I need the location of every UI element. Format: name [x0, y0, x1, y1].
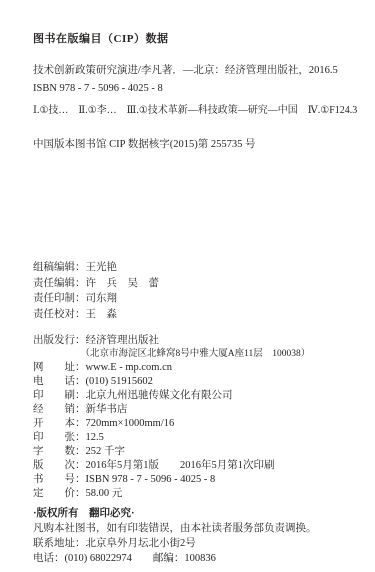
cip-block: 技术创新政策研究演进/李凡著．—北京：经济管理出版社，2016.5 ISBN 9…: [33, 62, 349, 98]
isbn-line: ISBN 978 - 7 - 5096 - 4025 - 8: [33, 80, 349, 98]
colophon-label: 网 址：: [33, 362, 86, 373]
book-title-line: 技术创新政策研究演进/李凡著．—北京：经济管理出版社，2016.5: [33, 62, 349, 80]
copyright-page: 图书在版编目（CIP）数据 技术创新政策研究演进/李凡著．—北京：经济管理出版社…: [0, 0, 375, 572]
colophon-value: (010) 51915602: [86, 376, 153, 387]
colophon-label: 出版发行：: [33, 335, 86, 346]
colophon-row-phone: 电 话：(010) 51915602: [33, 375, 349, 389]
editor-label: 责任编辑：: [33, 278, 86, 289]
colophon-value: 北京九州迅驰传媒文化有限公司: [86, 390, 233, 401]
editor-row-responsible: 责任编辑：许 兵 吴 蕾: [33, 276, 349, 292]
cip-heading: 图书在版编目（CIP）数据: [33, 30, 349, 46]
classification-line: Ⅰ.①技… Ⅱ.①李… Ⅲ.①技术革新—科技政策—研究—中国 Ⅳ.①F124.3: [33, 103, 349, 119]
editor-name: 王光艳: [86, 262, 118, 273]
page-content: 图书在版编目（CIP）数据 技术创新政策研究演进/李凡著．—北京：经济管理出版社…: [0, 0, 375, 566]
colophon-row-wordcount: 字 数：252 千字: [33, 445, 349, 459]
colophon-row-website: 网 址：www.E - mp.com.cn: [33, 361, 349, 375]
colophon-value: www.E - mp.com.cn: [86, 362, 173, 373]
colophon-value: 720mm×1000mm/16: [86, 418, 175, 429]
colophon-value: 252 千字: [86, 446, 125, 457]
colophon-value: 58.00 元: [86, 488, 123, 499]
contact-address-line: 联系地址：北京阜外月坛北小街2号: [33, 536, 349, 551]
colophon-row-edition: 版 次：2016年5月第1版 2016年5月第1次印刷: [33, 459, 349, 473]
colophon-value: 新华书店: [86, 404, 128, 415]
colophon-row-format: 开 本：720mm×1000mm/16: [33, 417, 349, 431]
colophon-value: 2016年5月第1版 2016年5月第1次印刷: [86, 460, 275, 471]
colophon-row-publisher: 出版发行：经济管理出版社: [33, 334, 349, 348]
editor-row-printing: 责任印制：司东翔: [33, 291, 349, 307]
colophon-label: 开 本：: [33, 418, 86, 429]
contact-phone-line: 电话：(010) 68022974 邮编：100836: [33, 551, 349, 566]
editor-label: 责任印制：: [33, 293, 86, 304]
editor-name: 司东翔: [86, 293, 118, 304]
editor-name: 王 淼: [86, 309, 118, 320]
colophon-row-distributor: 经 销：新华书店: [33, 403, 349, 417]
colophon-row-sheets: 印 张：12.5: [33, 431, 349, 445]
return-policy-line: 凡购本社图书，如有印装错误，由本社读者服务部负责调换。: [33, 521, 349, 536]
editors-block: 组稿编辑：王光艳 责任编辑：许 兵 吴 蕾 责任印制：司东翔 责任校对：王 淼: [33, 260, 349, 322]
editor-name: 许 兵 吴 蕾: [86, 278, 160, 289]
colophon-row-price: 定 价：58.00 元: [33, 487, 349, 501]
colophon-row-isbn: 书 号：ISBN 978 - 7 - 5096 - 4025 - 8: [33, 473, 349, 487]
colophon-label: 书 号：: [33, 474, 86, 485]
copyright-notice-title: ·版权所有 翻印必究·: [33, 506, 349, 521]
colophon-label: 定 价：: [33, 488, 86, 499]
colophon-label: 经 销：: [33, 404, 86, 415]
copyright-notice-block: ·版权所有 翻印必究· 凡购本社图书，如有印装错误，由本社读者服务部负责调换。 …: [33, 506, 349, 566]
editor-row-acquisitions: 组稿编辑：王光艳: [33, 260, 349, 276]
colophon-block: 出版发行：经济管理出版社 （北京市海淀区北蜂窝8号中雅大厦A座11层 10003…: [33, 334, 349, 500]
publisher-address-note: （北京市海淀区北蜂窝8号中雅大厦A座11层 100038）: [33, 348, 349, 362]
colophon-value: 经济管理出版社: [86, 335, 160, 346]
colophon-label: 印 张：: [33, 432, 86, 443]
colophon-label: 字 数：: [33, 446, 86, 457]
editor-row-proofreading: 责任校对：王 淼: [33, 307, 349, 323]
colophon-label: 版 次：: [33, 460, 86, 471]
editor-label: 组稿编辑：: [33, 262, 86, 273]
cip-record-number: 中国版本图书馆 CIP 数据核字(2015)第 255735 号: [33, 136, 349, 151]
colophon-value: 12.5: [86, 432, 104, 443]
colophon-value: ISBN 978 - 7 - 5096 - 4025 - 8: [86, 474, 216, 485]
editor-label: 责任校对：: [33, 309, 86, 320]
colophon-label: 印 刷：: [33, 390, 86, 401]
colophon-label: 电 话：: [33, 376, 86, 387]
colophon-row-printer: 印 刷：北京九州迅驰传媒文化有限公司: [33, 389, 349, 403]
